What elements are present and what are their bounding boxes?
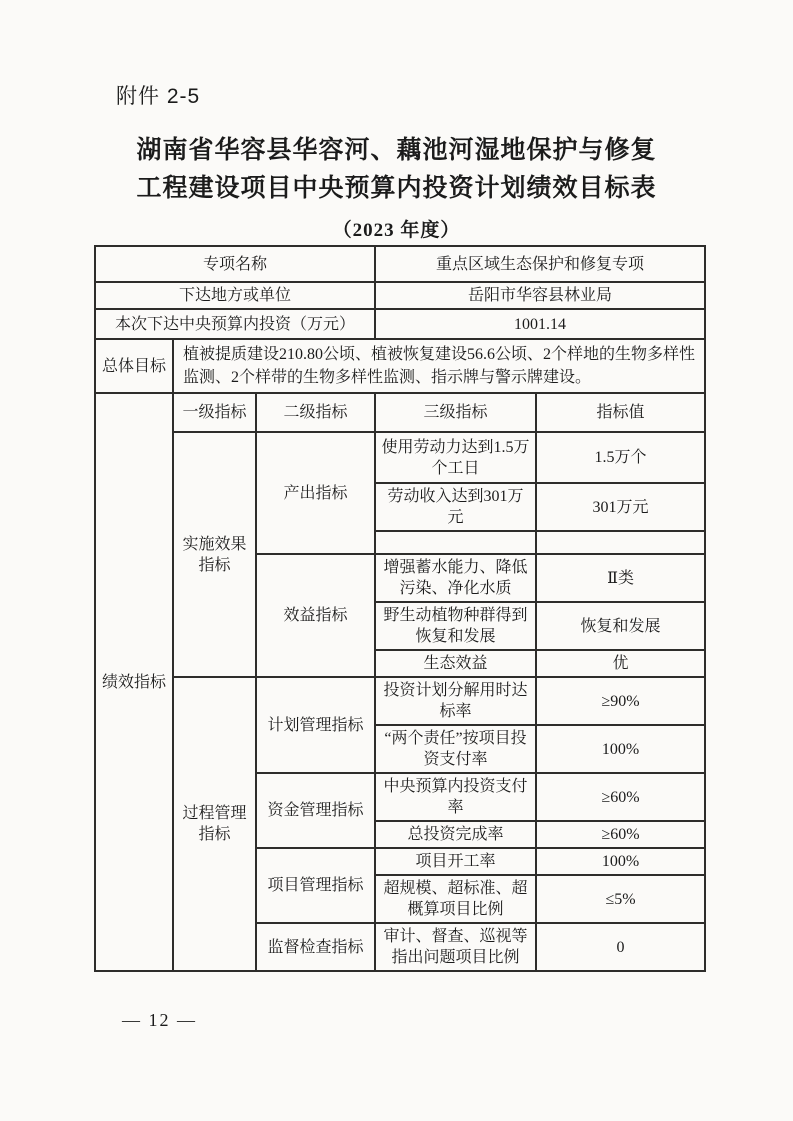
overall-goal-label: 总体目标 [95,339,173,393]
value-cell: ≥90% [536,677,705,725]
document-title: 湖南省华容县华容河、藕池河湿地保护与修复 工程建设项目中央预算内投资计划绩效目标… [0,132,793,208]
level2-benefit-indicator: 效益指标 [256,554,375,677]
indicator-cell: 总投资完成率 [375,821,536,848]
overall-goal-text: 植被提质建设210.80公顷、植被恢复建设56.6公顷、2个样地的生物多样性监测… [173,339,705,393]
value-cell: ≥60% [536,821,705,848]
level2-output-indicator: 产出指标 [256,432,375,554]
table-row: 专项名称 重点区域生态保护和修复专项 [95,246,705,282]
document-title-line1: 湖南省华容县华容河、藕池河湿地保护与修复 [0,132,793,170]
level1-process-management: 过程管理指标 [173,677,256,971]
level2-plan-management: 计划管理指标 [256,677,375,773]
table-row: 实施效果指标 产出指标 使用劳动力达到1.5万个工日 1.5万个 [95,432,705,483]
indicator-cell: 超规模、超标准、超概算项目比例 [375,875,536,923]
indicator-header-row: 绩效指标 一级指标 二级指标 三级指标 指标值 [95,393,705,432]
performance-indicator-label: 绩效指标 [95,393,173,971]
header-level2: 二级指标 [256,393,375,432]
special-project-name-label: 专项名称 [95,246,375,282]
table-row: 下达地方或单位 岳阳市华容县林业局 [95,282,705,309]
level1-implementation-effect: 实施效果指标 [173,432,256,677]
indicator-cell: 使用劳动力达到1.5万个工日 [375,432,536,483]
value-cell: 优 [536,650,705,677]
value-cell: 0 [536,923,705,971]
value-cell: 恢复和发展 [536,602,705,650]
value-cell: ≥60% [536,773,705,821]
level2-supervision-inspection: 监督检查指标 [256,923,375,971]
table-row: 本次下达中央预算内投资（万元） 1001.14 [95,309,705,339]
page-number: — 12 — [122,1010,197,1031]
indicator-cell: 中央预算内投资支付率 [375,773,536,821]
value-cell: ≤5% [536,875,705,923]
value-cell: 301万元 [536,483,705,531]
empty-indicator-cell [375,531,536,554]
value-cell: 100% [536,725,705,773]
central-investment-label: 本次下达中央预算内投资（万元） [95,309,375,339]
header-value: 指标值 [536,393,705,432]
year-label: （2023 年度） [0,215,793,242]
value-cell: 1.5万个 [536,432,705,483]
table-row: 过程管理指标 计划管理指标 投资计划分解用时达标率 ≥90% [95,677,705,725]
indicator-cell: 劳动收入达到301万元 [375,483,536,531]
table-row: 总体目标 植被提质建设210.80公顷、植被恢复建设56.6公顷、2个样地的生物… [95,339,705,393]
indicator-cell: 投资计划分解用时达标率 [375,677,536,725]
scanned-document-page: { "page": { "attachment_label": "附件 2-5"… [0,0,793,1121]
attachment-label: 附件 2-5 [116,80,200,110]
indicator-cell: 生态效益 [375,650,536,677]
indicator-cell: 项目开工率 [375,848,536,875]
indicator-cell: 野生动植物种群得到恢复和发展 [375,602,536,650]
central-investment-value: 1001.14 [375,309,705,339]
value-cell: 100% [536,848,705,875]
empty-value-cell [536,531,705,554]
level2-project-management: 项目管理指标 [256,848,375,923]
document-title-line2: 工程建设项目中央预算内投资计划绩效目标表 [0,170,793,208]
indicator-cell: “两个责任”按项目投资支付率 [375,725,536,773]
indicator-cell: 审计、督查、巡视等指出问题项目比例 [375,923,536,971]
value-cell: Ⅱ类 [536,554,705,602]
special-project-name-value: 重点区域生态保护和修复专项 [375,246,705,282]
header-level1: 一级指标 [173,393,256,432]
level2-fund-management: 资金管理指标 [256,773,375,848]
header-level3: 三级指标 [375,393,536,432]
issued-unit-label: 下达地方或单位 [95,282,375,309]
indicator-cell: 增强蓄水能力、降低污染、净化水质 [375,554,536,602]
issued-unit-value: 岳阳市华容县林业局 [375,282,705,309]
performance-target-table: 专项名称 重点区域生态保护和修复专项 下达地方或单位 岳阳市华容县林业局 本次下… [94,245,706,972]
